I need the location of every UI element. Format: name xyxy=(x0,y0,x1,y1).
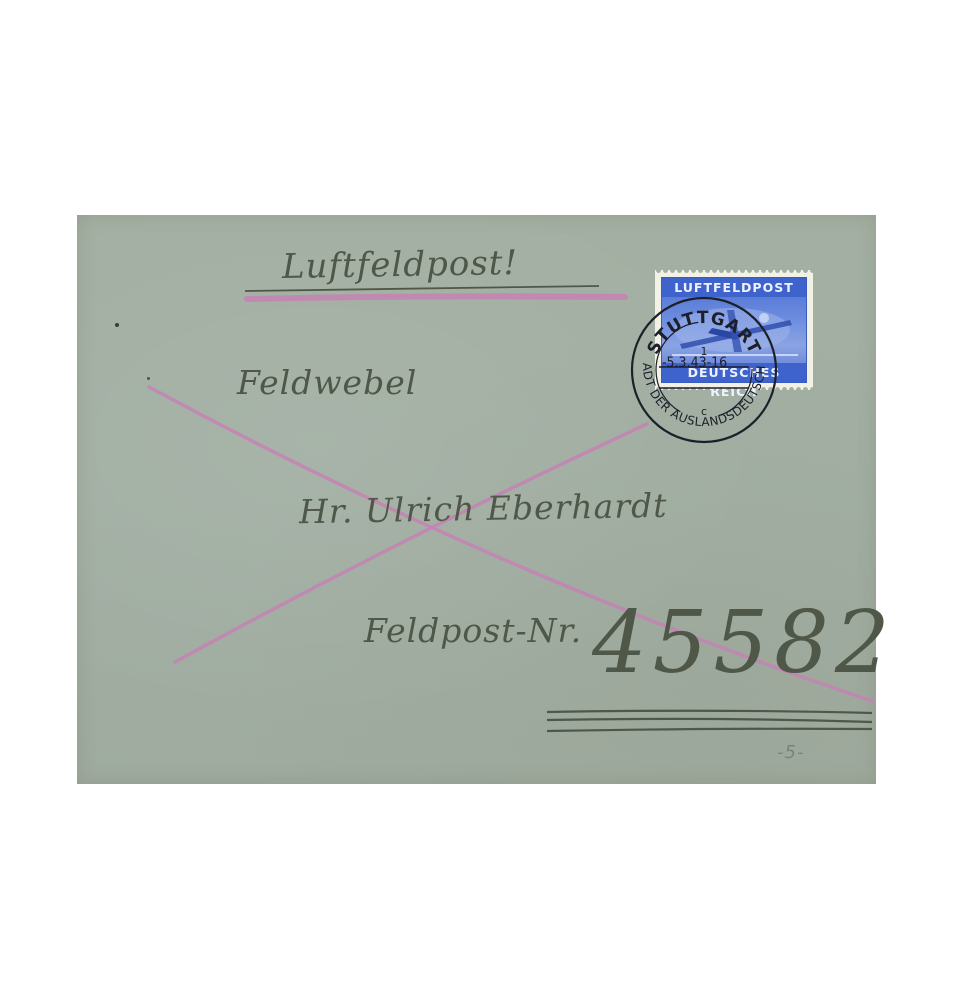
postmark-date: -5.3.43-16 xyxy=(662,355,727,371)
ink-speck xyxy=(147,377,150,380)
pencil-note: -5- xyxy=(777,742,804,763)
airmail-heading: Luftfeldpost! xyxy=(282,243,519,287)
recipient-name: Hr. Ulrich Eberhardt xyxy=(299,486,668,531)
envelope: Luftfeldpost! Feldwebel Hr. Ulrich Eberh… xyxy=(77,215,876,784)
ink-speck xyxy=(115,323,119,327)
feldpost-number: 45582 xyxy=(592,593,896,693)
feldpost-label: Feldpost-Nr. xyxy=(364,611,582,650)
recipient-rank: Feldwebel xyxy=(237,363,417,402)
postmark-code: c xyxy=(701,405,707,418)
